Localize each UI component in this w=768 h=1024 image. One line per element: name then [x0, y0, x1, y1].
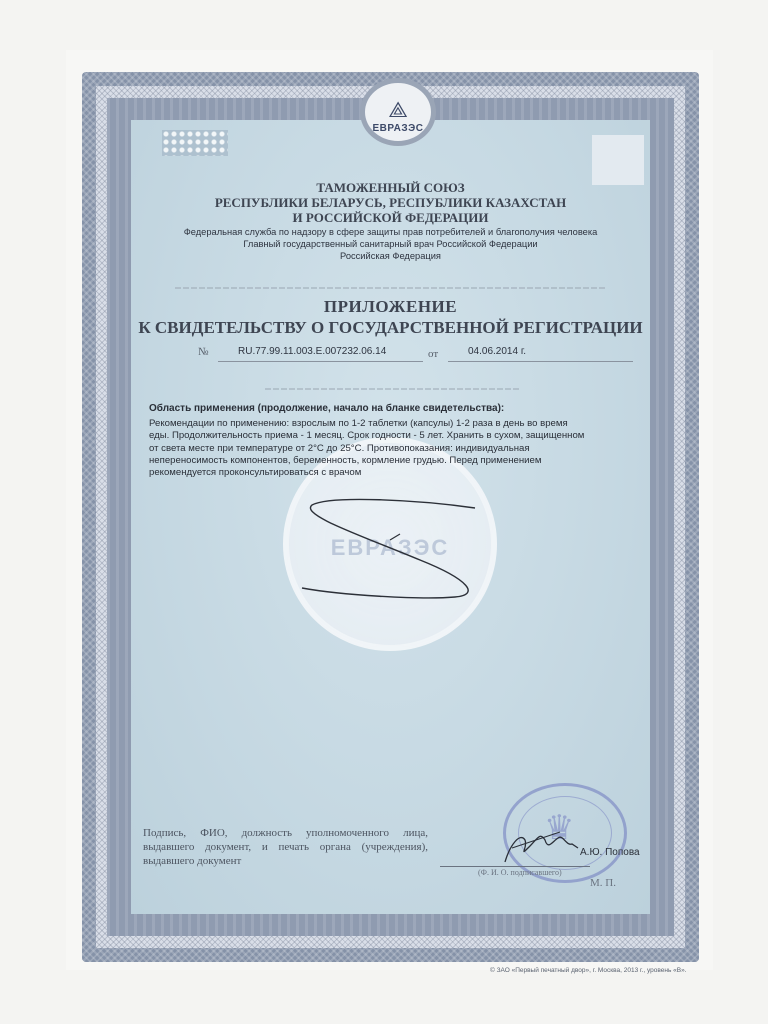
signature-underline: [440, 866, 590, 867]
seal-place-label: М. П.: [590, 877, 616, 889]
printer-note: © ЗАО «Первый печатный двор», г. Москва,…: [490, 967, 687, 974]
fio-label: (Ф. И. О. подписавшего): [478, 868, 562, 877]
signer-name: А.Ю. Попова: [580, 847, 640, 858]
handwritten-signature: [0, 0, 768, 1024]
